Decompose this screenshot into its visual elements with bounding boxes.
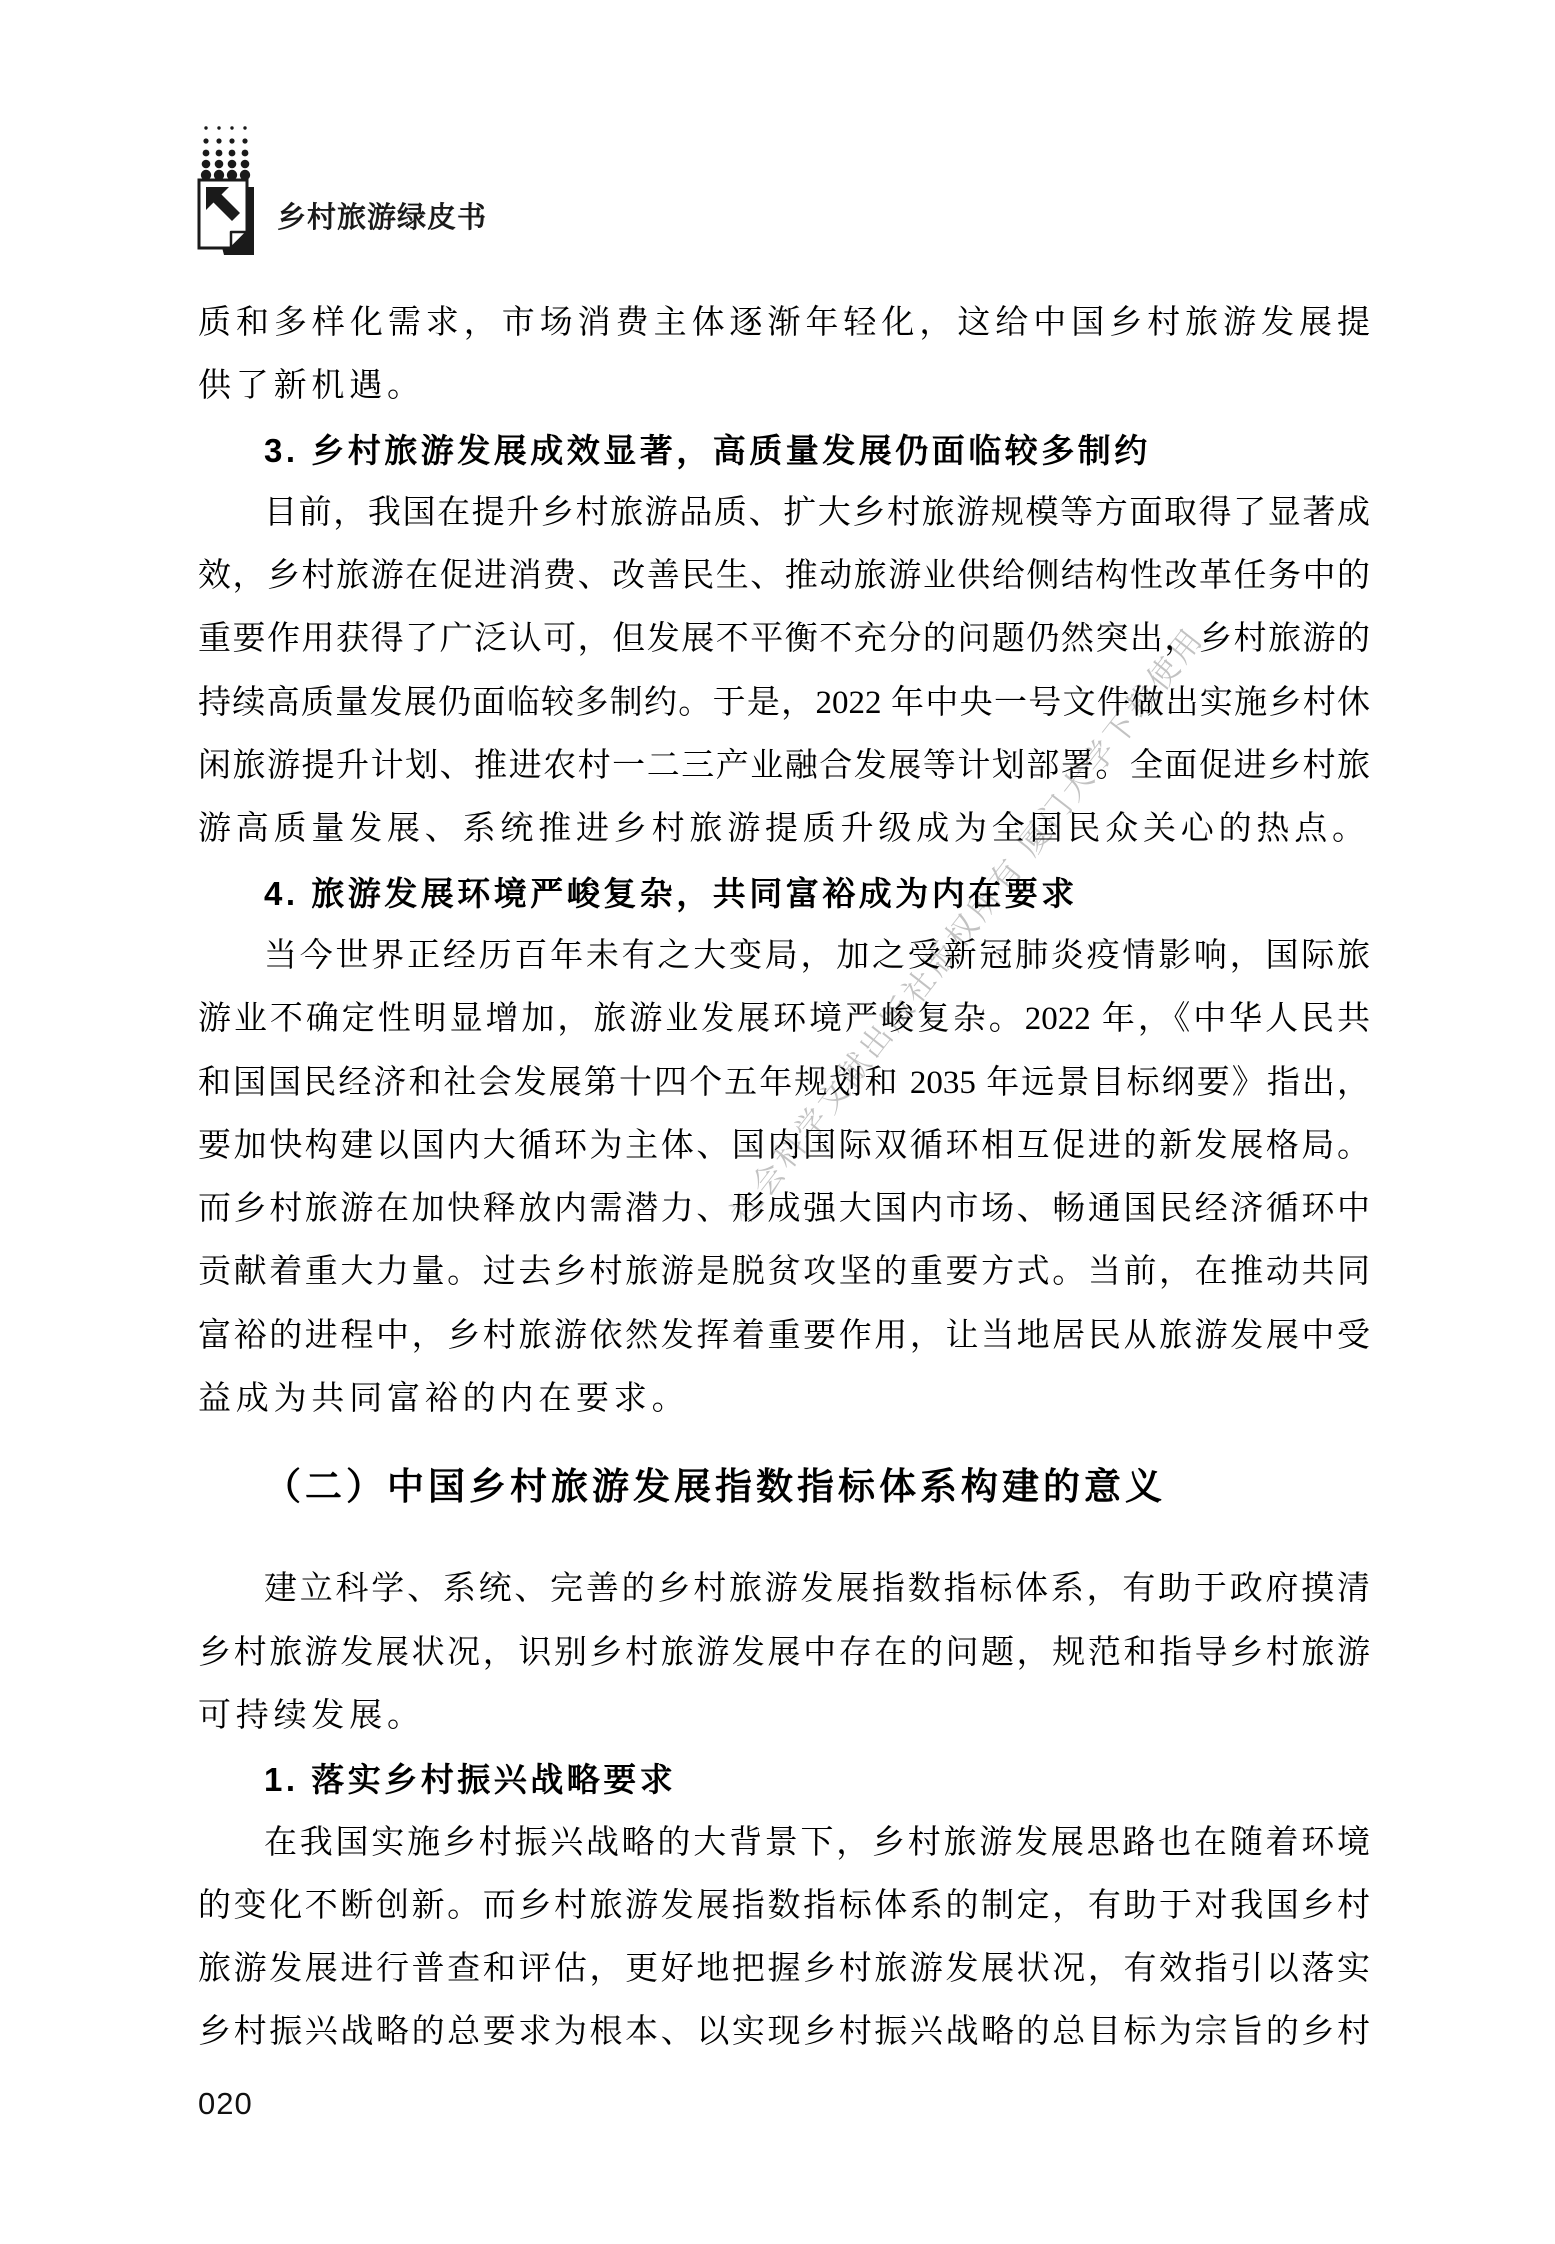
text-line: （二）中国乡村旅游发展指数指标体系构建的意义 (198, 1452, 1370, 1522)
text-line: 重要作用获得了广泛认可，但发展不平衡不充分的问题仍然突出，乡村旅游的 (198, 608, 1370, 671)
text-line: 游业不确定性明显增加，旅游业发展环境严峻复杂。2022 年，《中华人民共 (198, 988, 1370, 1051)
paragraph: 质和多样化需求，市场消费主体逐渐年轻化，这给中国乡村旅游发展提供了新机遇。 (198, 292, 1370, 419)
page-with-northwest-arrow-icon (197, 178, 257, 258)
text-line: 的变化不断创新。而乡村旅游发展指数指标体系的制定，有助于对我国乡村 (198, 1875, 1370, 1938)
text-line: 而乡村旅游在加快释放内需潜力、形成强大国内市场、畅通国民经济循环中 (198, 1178, 1370, 1241)
text-line: 闲旅游提升计划、推进农村一二三产业融合发展等计划部署。全面促进乡村旅 (198, 735, 1370, 798)
book-page: 乡村旅游绿皮书 社会科学文献出版社版权所有 厦门大学下载使用 质和多样化需求，市… (0, 0, 1555, 2244)
text-line: 富裕的进程中，乡村旅游依然发挥着重要作用，让当地居民从旅游发展中受 (198, 1305, 1370, 1368)
text-line: 乡村旅游发展状况，识别乡村旅游发展中存在的问题，规范和指导乡村旅游 (198, 1622, 1370, 1685)
page-number: 020 (198, 2086, 253, 2122)
text-line: 游高质量发展、系统推进乡村旅游提质升级成为全国民众关心的热点。 (198, 798, 1370, 861)
paragraph: 在我国实施乡村振兴战略的大背景下，乡村旅游发展思路也在随着环境的变化不断创新。而… (198, 1812, 1370, 2065)
text-line: 贡献着重大力量。过去乡村旅游是脱贫攻坚的重要方式。当前，在推动共同 (198, 1241, 1370, 1304)
text-line: 益成为共同富裕的内在要求。 (198, 1368, 1370, 1431)
text-line: 3. 乡村旅游发展成效显著，高质量发展仍面临较多制约 (198, 419, 1370, 482)
paragraph: 建立科学、系统、完善的乡村旅游发展指数指标体系，有助于政府摸清乡村旅游发展状况，… (198, 1558, 1370, 1748)
text-line: 目前，我国在提升乡村旅游品质、扩大乡村旅游规模等方面取得了显著成 (198, 482, 1370, 545)
logo-title: 乡村旅游绿皮书 (277, 202, 487, 234)
paragraph: 目前，我国在提升乡村旅游品质、扩大乡村旅游规模等方面取得了显著成效，乡村旅游在促… (198, 482, 1370, 862)
heading: 3. 乡村旅游发展成效显著，高质量发展仍面临较多制约 (198, 419, 1370, 482)
heading: 4. 旅游发展环境严峻复杂，共同富裕成为内在要求 (198, 862, 1370, 925)
text-line: 4. 旅游发展环境严峻复杂，共同富裕成为内在要求 (198, 862, 1370, 925)
text-line: 供了新机遇。 (198, 355, 1370, 418)
text-line: 和国国民经济和社会发展第十四个五年规划和 2035 年远景目标纲要》指出， (198, 1052, 1370, 1115)
dot-grid-icon (199, 122, 253, 182)
text-line: 效，乡村旅游在促进消费、改善民生、推动旅游业供给侧结构性改革任务中的 (198, 545, 1370, 608)
document-body: 质和多样化需求，市场消费主体逐渐年轻化，这给中国乡村旅游发展提供了新机遇。3. … (198, 292, 1370, 2065)
text-line: 乡村振兴战略的总要求为根本、以实现乡村振兴战略的总目标为宗旨的乡村 (198, 2001, 1370, 2064)
text-line: 在我国实施乡村振兴战略的大背景下，乡村旅游发展思路也在随着环境 (198, 1812, 1370, 1875)
text-line: 质和多样化需求，市场消费主体逐渐年轻化，这给中国乡村旅游发展提 (198, 292, 1370, 355)
paragraph: 当今世界正经历百年未有之大变局，加之受新冠肺炎疫情影响，国际旅游业不确定性明显增… (198, 925, 1370, 1431)
section-heading: （二）中国乡村旅游发展指数指标体系构建的意义 (198, 1452, 1370, 1522)
text-line: 可持续发展。 (198, 1685, 1370, 1748)
text-line: 持续高质量发展仍面临较多制约。于是，2022 年中央一号文件做出实施乡村休 (198, 672, 1370, 735)
text-line: 1. 落实乡村振兴战略要求 (198, 1748, 1370, 1811)
heading: 1. 落实乡村振兴战略要求 (198, 1748, 1370, 1811)
text-line: 建立科学、系统、完善的乡村旅游发展指数指标体系，有助于政府摸清 (198, 1558, 1370, 1621)
text-line: 当今世界正经历百年未有之大变局，加之受新冠肺炎疫情影响，国际旅 (198, 925, 1370, 988)
text-line: 要加快构建以国内大循环为主体、国内国际双循环相互促进的新发展格局。 (198, 1115, 1370, 1178)
text-line: 旅游发展进行普查和评估，更好地把握乡村旅游发展状况，有效指引以落实 (198, 1938, 1370, 2001)
